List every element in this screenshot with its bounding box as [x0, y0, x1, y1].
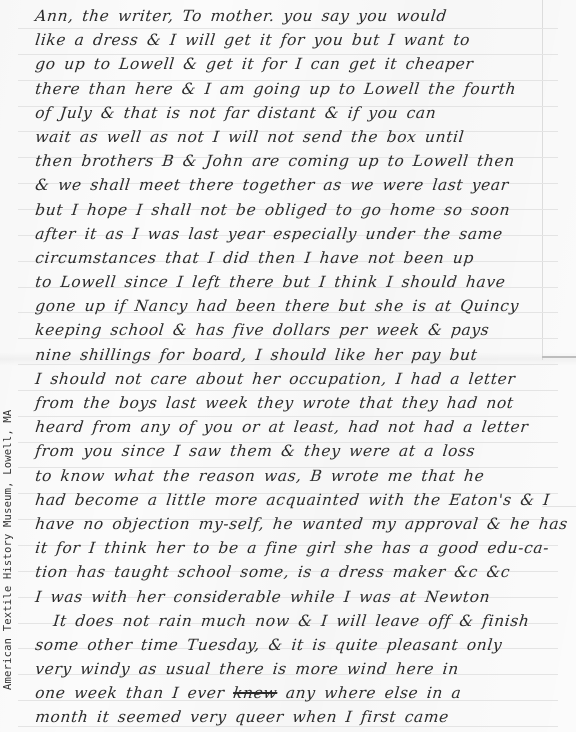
letter-line: to Lowell since I left there but I think…	[34, 270, 547, 294]
letter-line: like a dress & I will get it for you but…	[34, 28, 547, 52]
letter-line: tion has taught school some, is a dress …	[34, 560, 547, 584]
letter-line: some other time Tuesday, & it is quite p…	[34, 633, 547, 657]
letter-line: from the boys last week they wrote that …	[34, 391, 547, 415]
letter-line: It does not rain much now & I will leave…	[34, 609, 547, 633]
letter-line: nine shillings for board, I should like …	[34, 343, 547, 367]
letter-line: after it as I was last year especially u…	[34, 222, 547, 246]
letter-line: month it seemed very queer when I first …	[34, 705, 547, 729]
letter-line: keeping school & has five dollars per we…	[34, 318, 547, 342]
letter-line: very windy as usual there is more wind h…	[34, 657, 547, 681]
letter-line: gone up if Nancy had been there but she …	[34, 294, 547, 318]
letter-line: I was with her considerable while I was …	[34, 585, 547, 609]
letter-line: I should not care about her occupation, …	[34, 367, 547, 391]
sheet-edge-line	[542, 356, 576, 358]
letter-line: it for I think her to be a fine girl she…	[34, 536, 547, 560]
letter-line: & we shall meet there together as we wer…	[34, 173, 547, 197]
letter-page: Ann, the writer, To mother. you say you …	[0, 0, 576, 732]
letter-line: Ann, the writer, To mother. you say you …	[34, 4, 547, 28]
letter-line: one week than I ever knew any where else…	[34, 681, 547, 705]
struck-word: knew	[232, 684, 278, 702]
letter-line: there than here & I am going up to Lowel…	[34, 77, 547, 101]
letter-line: had become a little more acquainted with…	[34, 488, 547, 512]
letter-line: but I hope I shall not be obliged to go …	[34, 198, 547, 222]
letter-line: then brothers B & John are coming up to …	[34, 149, 547, 173]
letter-line: have no objection my-self, he wanted my …	[34, 512, 547, 536]
letter-line: to know what the reason was, B wrote me …	[34, 464, 547, 488]
archive-credit: American Textile History Museum, Lowell,…	[1, 410, 15, 690]
letter-line: of July & that is not far distant & if y…	[34, 101, 547, 125]
letter-line: circumstances that I did then I have not…	[34, 246, 547, 270]
handwritten-letter: Ann, the writer, To mother. you say you …	[34, 4, 544, 730]
letter-line: from you since I saw them & they were at…	[34, 439, 547, 463]
letter-line: wait as well as not I will not send the …	[34, 125, 547, 149]
letter-line: go up to Lowell & get it for I can get i…	[34, 52, 547, 76]
letter-line: heard from any of you or at least, had n…	[34, 415, 547, 439]
